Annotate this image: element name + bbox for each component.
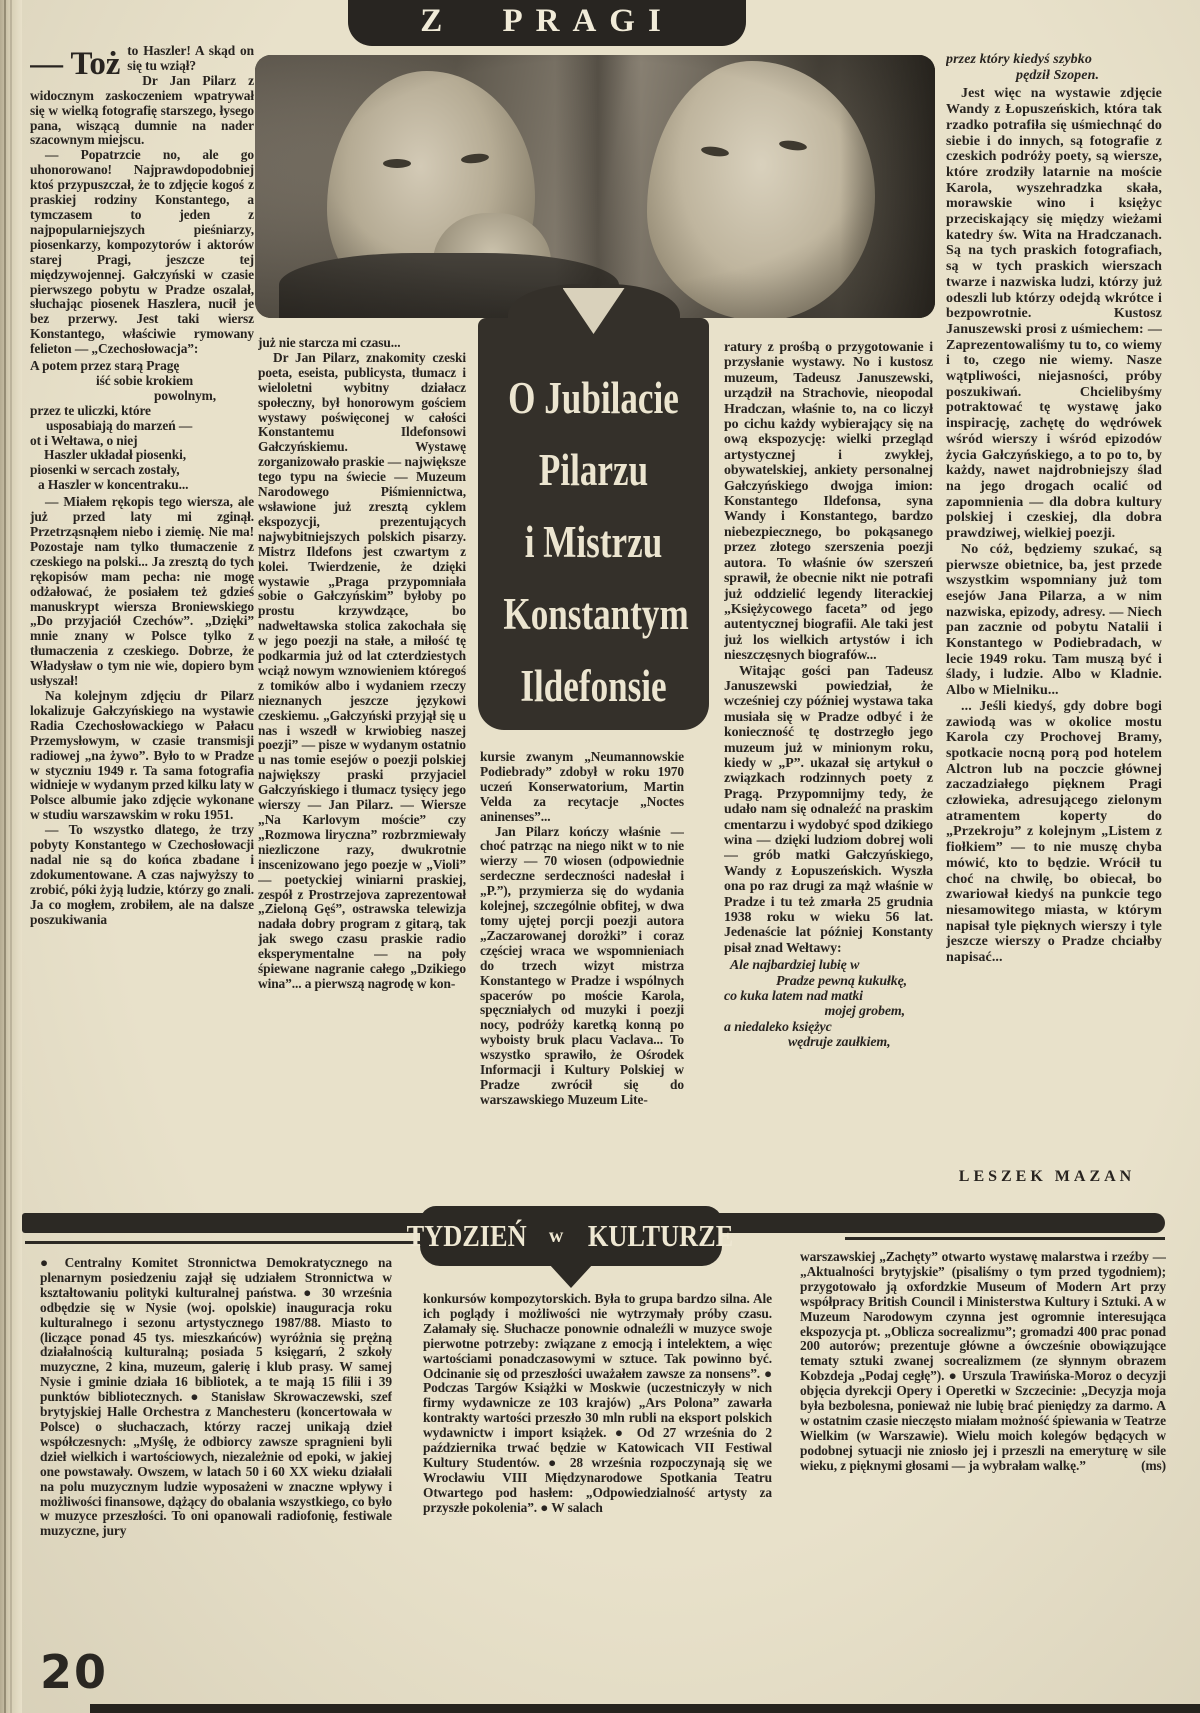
page-number: 20 (40, 1645, 108, 1699)
initials-signature: (ms) (1141, 1459, 1166, 1474)
poem-line: ot i Wełtawa, o niej (30, 434, 254, 449)
lead-text: to Haszler! A skąd on się tu wziął? (127, 44, 254, 73)
poem-quote: A potem przez starą Pragę iść sobie krok… (30, 359, 254, 493)
paragraph: — Popatrzcie no, ale go uhonorowano! Naj… (30, 148, 254, 357)
paragraph: Witając gości pan Tadeusz Januszewski po… (724, 664, 933, 957)
culture-column-left: ● Centralny Komitet Stronnictwa Demokrat… (40, 1256, 392, 1654)
paragraph: ... Jeśli kiedyś, gdy dobre bogi zawiodą… (946, 699, 1162, 966)
paragraph: Dr Jan Pilarz, znakomity czeski poeta, e… (258, 351, 466, 992)
article-column-1: — Tożto Haszler! A skąd on się tu wziął?… (30, 44, 254, 1146)
poem-line: powolnym, (30, 389, 254, 404)
paragraph: ratury z prośbą o przygotowanie i przysł… (724, 340, 933, 664)
poem-line: co kuka latem nad matki (724, 989, 933, 1004)
poem-quote-italic: Ale najbardziej lubię w Pradze pewną kuk… (724, 958, 933, 1050)
page-binding-edge (0, 0, 22, 1713)
divider-rule-right (845, 1237, 1165, 1240)
paragraph: Jan Pilarz kończy właśnie — choć patrząc… (480, 825, 684, 1108)
poem-line: a niedaleko księżyc (724, 1020, 933, 1035)
news-text: warszawskiej „Zachęty” otwarto wystawę m… (800, 1250, 1166, 1383)
poem-line: pędził Szopen. (946, 68, 1162, 84)
headline-line: Ildefonsie (503, 650, 683, 722)
photo-vignette (255, 55, 935, 318)
photo-two-men (255, 55, 935, 318)
article-column-4: ratury z prośbą o przygotowanie i przysł… (724, 340, 933, 1204)
news-text: ● Centralny Komitet Stronnictwa Demokrat… (40, 1256, 392, 1404)
paragraph: No cóż, będziemy szukać, są pierwsze obi… (946, 542, 1162, 699)
poem-line: iść sobie krokiem (30, 374, 254, 389)
paragraph: kursie zwanym „Neumannowskie Podiebrady”… (480, 750, 684, 825)
headline-line: O Jubilacie (503, 362, 683, 434)
open-book-icon (508, 284, 680, 318)
magazine-page: Z PRAGI O Jubilacie Pilarzu i Mistrzu Ko… (0, 0, 1200, 1713)
poem-line: Ale najbardziej lubię w (724, 958, 933, 973)
author-byline: LESZEK MAZAN (932, 1168, 1162, 1186)
week-in-culture-banner: TYDZIEŃ w KULTURZE (420, 1206, 722, 1266)
headline-line: i Mistrzu (503, 506, 683, 578)
culture-column-middle: konkursów kompozytorskich. Była to grupa… (423, 1292, 772, 1648)
news-items: ● Centralny Komitet Stronnictwa Demokrat… (40, 1256, 392, 1539)
culture-column-right: warszawskiej „Zachęty” otwarto wystawę m… (800, 1250, 1166, 1626)
banner-word: w (549, 1225, 563, 1248)
news-items: warszawskiej „Zachęty” otwarto wystawę m… (800, 1250, 1166, 1474)
person-name: Stanisław Skrowaczewski, (211, 1389, 363, 1404)
paragraph: — To wszystko dlatego, że trzy pobyty Ko… (30, 823, 254, 927)
article-headline-block: O Jubilacie Pilarzu i Mistrzu Konstantym… (478, 318, 709, 730)
poem-line: przez który kiedyś szybko (946, 52, 1162, 68)
poem-line: usposabiają do marzeń — (30, 419, 254, 434)
bottom-rule (90, 1704, 1200, 1713)
article-column-5: przez który kiedyś szybko pędził Szopen.… (946, 50, 1162, 1170)
paragraph: — Miałem rękopis tego wiersza, ale już p… (30, 495, 254, 689)
banner-word: KULTURZE (588, 1218, 733, 1254)
article-column-2: już nie starcza mi czasu... Dr Jan Pilar… (258, 336, 466, 1204)
lead-paragraph: — Tożto Haszler! A skąd on się tu wziął? (30, 44, 254, 74)
poem-line: Haszler układał piosenki, (30, 448, 254, 463)
paragraph: Na kolejnym zdjęciu dr Pilarz lokalizuje… (30, 689, 254, 823)
news-text: konkursów kompozytorskich. Była to grupa… (423, 1292, 772, 1515)
banner-word: TYDZIEŃ (406, 1218, 526, 1254)
poem-line: a Haszler w koncentraku... (30, 478, 254, 493)
lead-in: — Toż (30, 44, 127, 81)
news-text: o decyzji objęcia dyrekcji Opery i Opere… (800, 1368, 1166, 1472)
divider-rule-left (25, 1241, 423, 1244)
poem-line: A potem przez starą Pragę (30, 359, 254, 374)
section-banner-title: Z PRAGI (420, 3, 674, 40)
paragraph: Dr Jan Pilarz z widocznym zaskoczeniem w… (30, 74, 254, 149)
poem-line: wędruje zaułkiem, (724, 1035, 933, 1050)
person-name: Urszula Trawińska-Moroz (962, 1368, 1111, 1383)
article-column-3: kursie zwanym „Neumannowskie Podiebrady”… (480, 750, 684, 1204)
poem-line: piosenki w sercach zostały, (30, 463, 254, 478)
poem-quote-italic: przez który kiedyś szybko pędził Szopen. (946, 52, 1162, 83)
poem-line: przez te uliczki, które (30, 404, 254, 419)
paragraph: już nie starcza mi czasu... (258, 336, 466, 351)
poem-line: mojej grobem, (724, 1004, 933, 1019)
poem-line: Pradze pewną kukułkę, (724, 974, 933, 989)
news-text: szef brytyjskiej Halle Orchestra z Manch… (40, 1389, 392, 1538)
headline-line: Pilarzu (503, 434, 683, 506)
section-banner: Z PRAGI (348, 0, 746, 46)
paragraph: Jest więc na wystawie zdjęcie Wandy z Ło… (946, 86, 1162, 541)
news-items: konkursów kompozytorskich. Była to grupa… (423, 1292, 772, 1516)
headline-line: Konstantym (503, 578, 683, 650)
